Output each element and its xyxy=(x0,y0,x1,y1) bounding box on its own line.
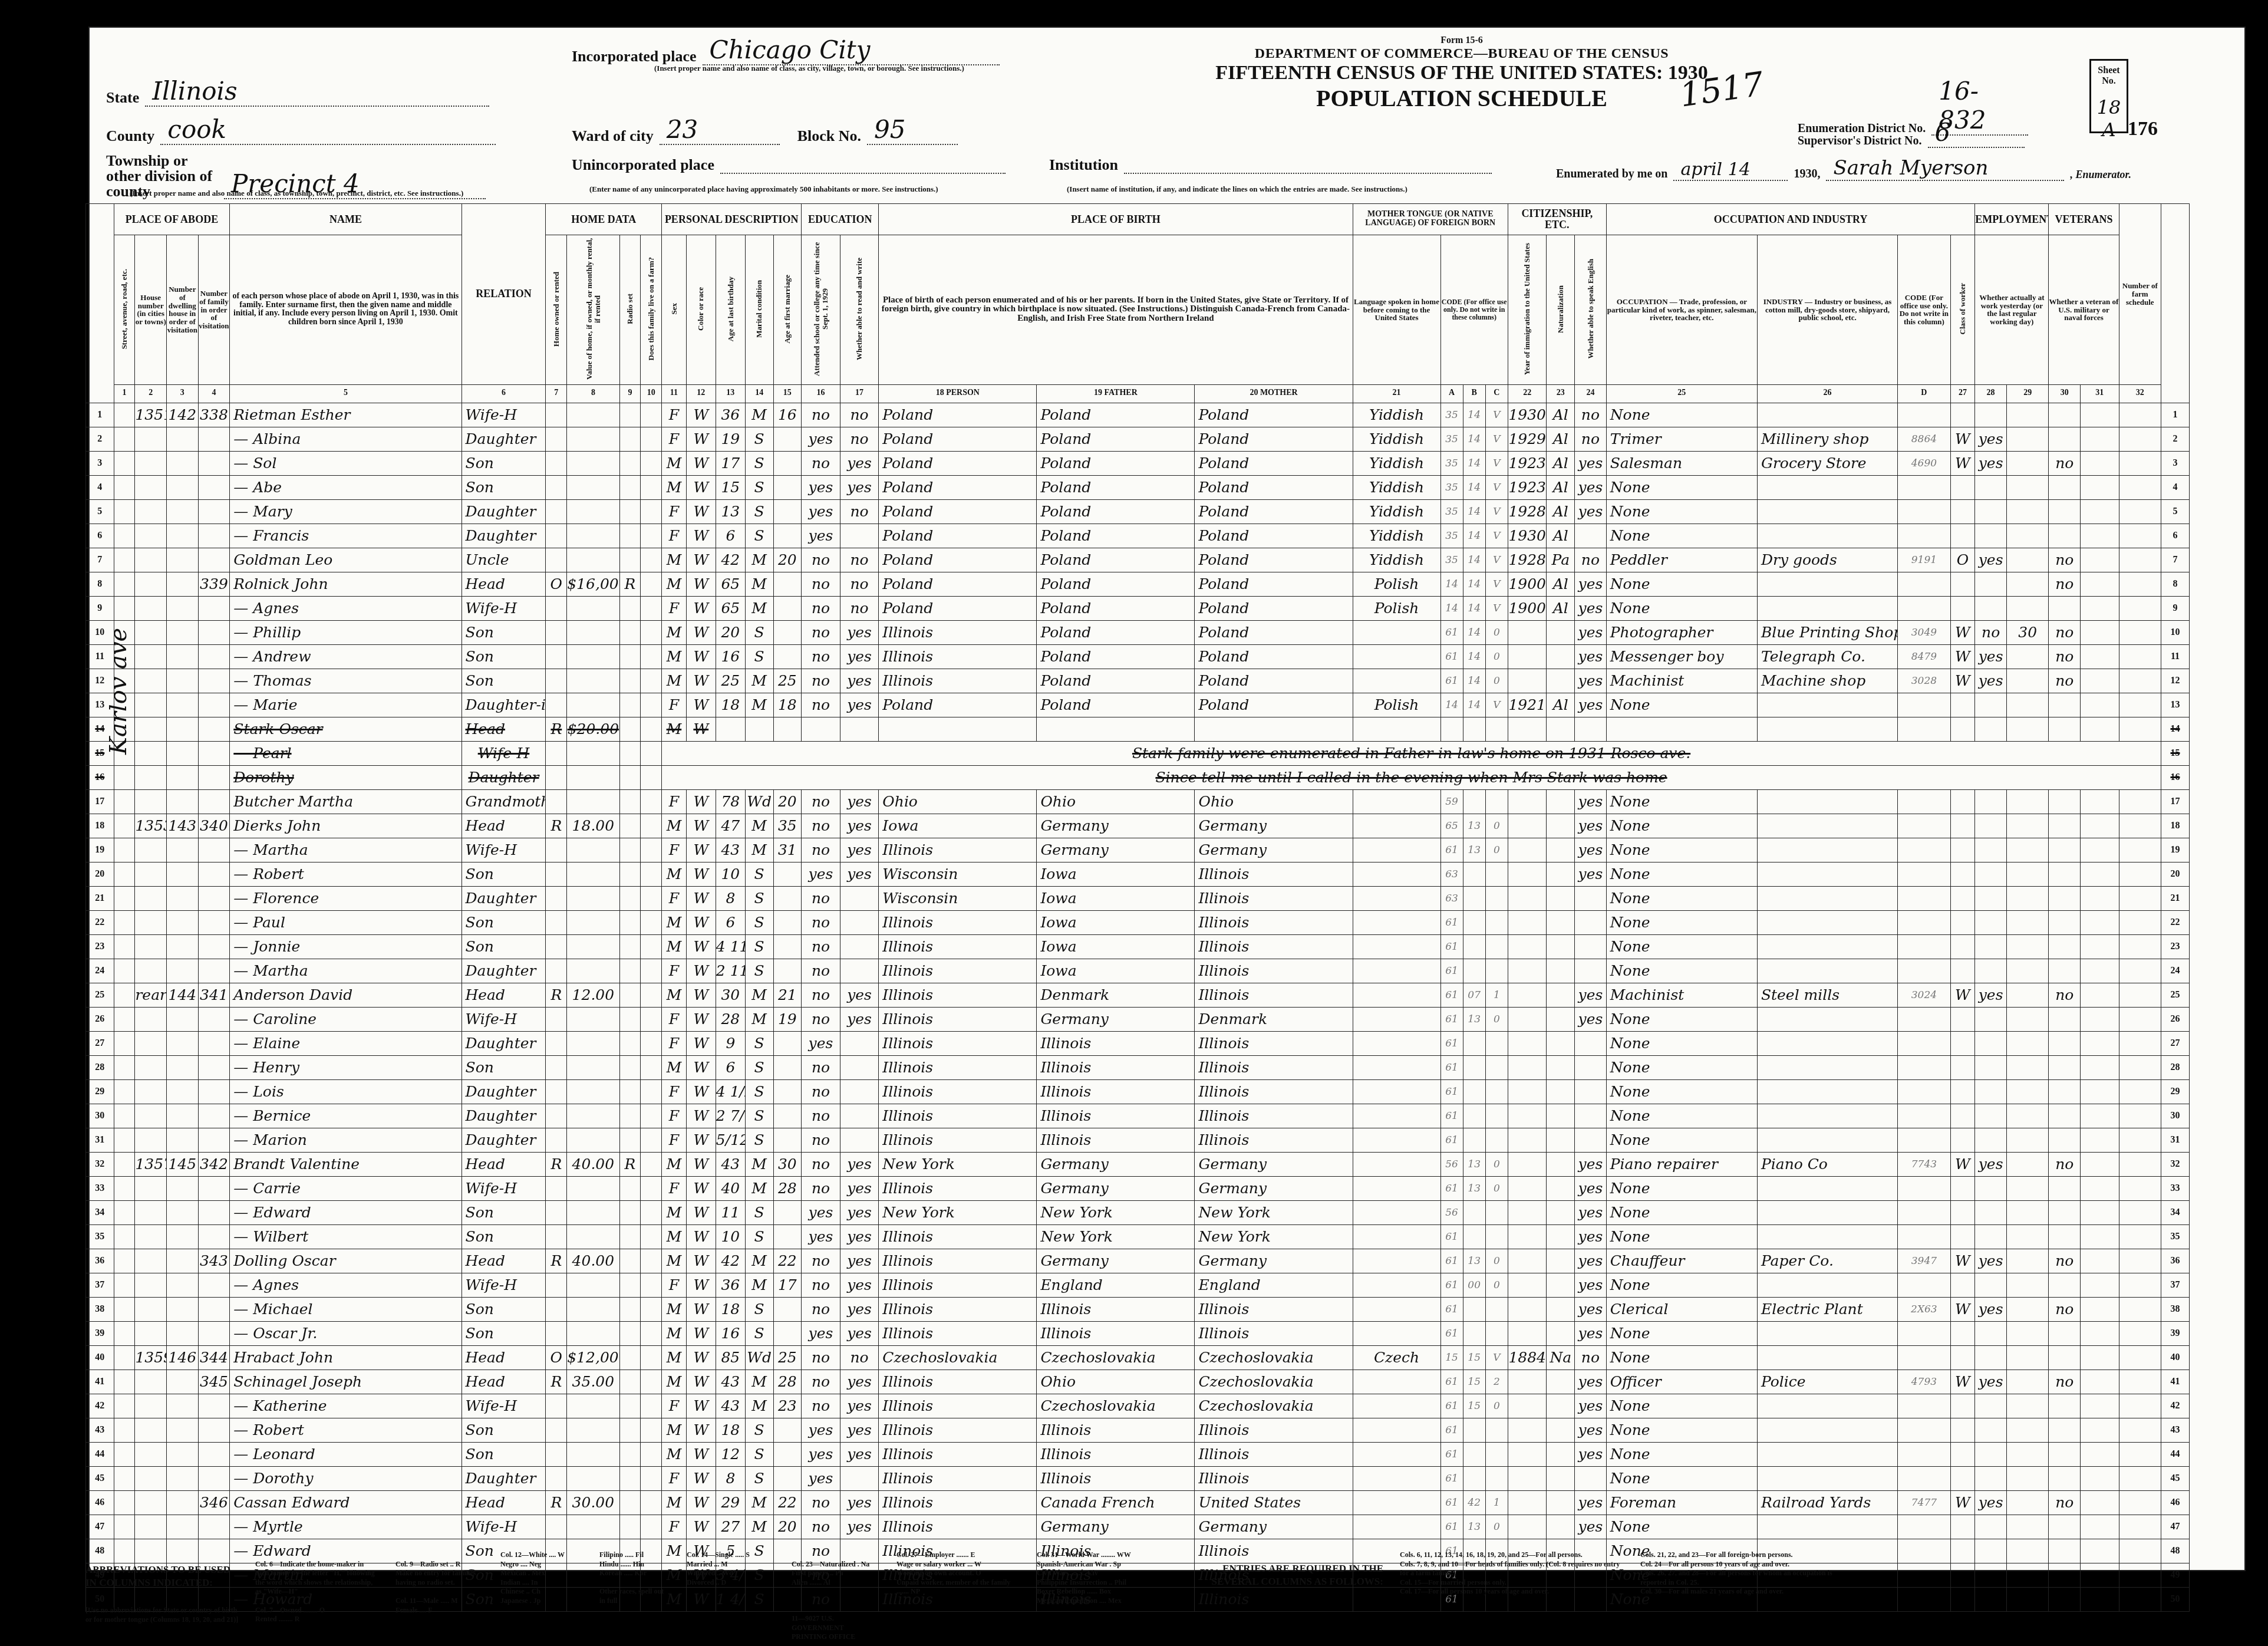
cell-father: Poland xyxy=(1037,620,1195,644)
cell-value xyxy=(567,1442,619,1466)
cell-radio xyxy=(619,741,641,765)
cell-codeA: 35 xyxy=(1440,524,1463,548)
cell-farm-sched xyxy=(2119,1442,2161,1466)
cell-english: yes xyxy=(1575,1442,1607,1466)
cell-natur xyxy=(1547,862,1575,886)
cell-immig: 1928 xyxy=(1508,499,1547,524)
cell-family xyxy=(198,959,230,983)
cell-codeC: 0 xyxy=(1485,1007,1508,1031)
cell-english: yes xyxy=(1575,1200,1607,1224)
cell-codeC: 0 xyxy=(1485,1249,1508,1273)
cell-farm xyxy=(641,1031,662,1055)
cell-codeB: 14 xyxy=(1463,451,1485,475)
cell-class xyxy=(1950,403,1975,427)
cell-english: yes xyxy=(1575,1370,1607,1394)
cell-farm xyxy=(641,1104,662,1128)
cell-class xyxy=(1950,886,1975,910)
cell-read: yes xyxy=(840,1249,879,1273)
cell-occupation: None xyxy=(1606,1055,1757,1079)
cell-war xyxy=(2081,910,2119,934)
cell-street xyxy=(114,499,135,524)
cell-value xyxy=(567,620,619,644)
cell-codeB: 00 xyxy=(1463,1273,1485,1297)
cell-sex: F xyxy=(662,838,687,862)
cell-house: 1359 xyxy=(135,1345,167,1370)
cell-owned xyxy=(546,1031,567,1055)
cell-mother: England xyxy=(1195,1273,1353,1297)
cell-age: 9 xyxy=(716,1031,745,1055)
cell-language xyxy=(1353,1055,1440,1079)
cell-relation: Daughter xyxy=(461,1031,546,1055)
cell-relation: Head xyxy=(461,1490,546,1515)
cell-dwelling xyxy=(167,1321,199,1345)
cell-farm-sched xyxy=(2119,862,2161,886)
cell-father: Poland xyxy=(1037,475,1195,499)
cell-farm xyxy=(641,403,662,427)
cell-language xyxy=(1353,1370,1440,1394)
cell-relation: Head xyxy=(461,983,546,1007)
cell-school: no xyxy=(802,1370,840,1394)
cell-radio xyxy=(619,1490,641,1515)
line-number: 38 xyxy=(86,1297,114,1321)
cell-age-marr xyxy=(773,934,802,959)
line-number: 20 xyxy=(86,862,114,886)
cell-work xyxy=(1975,1273,2007,1297)
cell-industry: Dry goods xyxy=(1757,548,1897,572)
township-field: Township or other division of county Pre… xyxy=(106,153,486,199)
cell-house xyxy=(135,886,167,910)
cell-english: yes xyxy=(1575,1224,1607,1249)
cell-read: yes xyxy=(840,1370,879,1394)
cell-industry xyxy=(1757,572,1897,596)
cell-birth: Czechoslovakia xyxy=(879,1345,1037,1370)
cell-radio xyxy=(619,1273,641,1297)
cell-age: 42 xyxy=(716,548,745,572)
cell-dwelling xyxy=(167,1128,199,1152)
line-number-right: 9 xyxy=(2161,596,2190,620)
cell-mother: Illinois xyxy=(1195,862,1353,886)
cell-english xyxy=(1575,959,1607,983)
line-number-right: 18 xyxy=(2161,814,2190,838)
cell-father: Iowa xyxy=(1037,886,1195,910)
cell-immig xyxy=(1508,959,1547,983)
cell-mother: New York xyxy=(1195,1224,1353,1249)
cell-immig xyxy=(1508,886,1547,910)
cell-race: W xyxy=(686,1515,716,1539)
cell-farm xyxy=(641,548,662,572)
cell-school: yes xyxy=(802,1200,840,1224)
block-value: 95 xyxy=(867,115,958,145)
cell-unemp xyxy=(2006,934,2048,959)
cell-farm-sched xyxy=(2119,669,2161,693)
cell-marital: M xyxy=(745,1007,773,1031)
cell-name: — Elaine xyxy=(230,1031,461,1055)
cell-house xyxy=(135,1394,167,1418)
line-number-right: 6 xyxy=(2161,524,2190,548)
cell-value xyxy=(567,862,619,886)
cell-father: Illinois xyxy=(1037,1297,1195,1321)
cell-farm xyxy=(641,1466,662,1490)
cell-english: yes xyxy=(1575,1515,1607,1539)
table-row: 46346Cassan EdwardHeadR30.00MW29M22noyes… xyxy=(86,1490,2190,1515)
cell-family xyxy=(198,427,230,451)
cell-farm-sched xyxy=(2119,959,2161,983)
cell-read: yes xyxy=(840,1515,879,1539)
cell-work xyxy=(1975,1442,2007,1466)
cell-codeD: 4690 xyxy=(1898,451,1950,475)
cell-codeA: 61 xyxy=(1440,838,1463,862)
cell-street xyxy=(114,765,135,789)
cell-industry: Railroad Yards xyxy=(1757,1490,1897,1515)
cell-mother: Illinois xyxy=(1195,1321,1353,1345)
cell-family xyxy=(198,499,230,524)
cell-vet xyxy=(2049,596,2081,620)
cell-unemp xyxy=(2006,403,2048,427)
cell-race: W xyxy=(686,475,716,499)
cell-house xyxy=(135,1224,167,1249)
cell-marital: S xyxy=(745,1224,773,1249)
cell-unemp xyxy=(2006,910,2048,934)
cell-father: Canada French xyxy=(1037,1490,1195,1515)
line-number-right: 21 xyxy=(2161,886,2190,910)
cell-language xyxy=(1353,1104,1440,1128)
cell-name: — Henry xyxy=(230,1055,461,1079)
cell-race: W xyxy=(686,1104,716,1128)
cell-sex: F xyxy=(662,427,687,451)
cell-farm xyxy=(641,524,662,548)
cell-house xyxy=(135,451,167,475)
cell-house xyxy=(135,669,167,693)
cell-sex: F xyxy=(662,789,687,814)
cell-vet xyxy=(2049,1007,2081,1031)
cell-codeC: 0 xyxy=(1485,1515,1508,1539)
cell-street xyxy=(114,1273,135,1297)
cell-codeA: 61 xyxy=(1440,1031,1463,1055)
cell-dwelling xyxy=(167,934,199,959)
cell-name: — Agnes xyxy=(230,1273,461,1297)
cell-industry xyxy=(1757,475,1897,499)
cell-birth: Illinois xyxy=(879,1031,1037,1055)
cell-family xyxy=(198,1104,230,1128)
table-row: 22— PaulSonMW6SnoIllinoisIowaIllinois61N… xyxy=(86,910,2190,934)
cell-unemp xyxy=(2006,572,2048,596)
cell-immig xyxy=(1508,983,1547,1007)
cell-age: 18 xyxy=(716,1297,745,1321)
cell-codeD xyxy=(1898,1104,1950,1128)
cell-immig: 1921 xyxy=(1508,693,1547,717)
line-number: 24 xyxy=(86,959,114,983)
cell-school: no xyxy=(802,934,840,959)
cell-class xyxy=(1950,862,1975,886)
cell-race: W xyxy=(686,693,716,717)
cell-english: yes xyxy=(1575,1394,1607,1418)
cell-farm xyxy=(641,886,662,910)
cell-school: yes xyxy=(802,1031,840,1055)
cell-class xyxy=(1950,1418,1975,1442)
cell-age-marr xyxy=(773,475,802,499)
cell-street xyxy=(114,959,135,983)
line-number-right: 19 xyxy=(2161,838,2190,862)
cell-read: yes xyxy=(840,1007,879,1031)
cell-war xyxy=(2081,983,2119,1007)
cell-street xyxy=(114,1031,135,1055)
cell-birth: Illinois xyxy=(879,1442,1037,1466)
cell-mother: Poland xyxy=(1195,499,1353,524)
cell-industry: Paper Co. xyxy=(1757,1249,1897,1273)
cell-family xyxy=(198,1224,230,1249)
cell-owned xyxy=(546,1128,567,1152)
cell-codeA: 61 xyxy=(1440,1007,1463,1031)
cell-language xyxy=(1353,1442,1440,1466)
cell-house xyxy=(135,1515,167,1539)
cell-class: W xyxy=(1950,1249,1975,1273)
cell-unemp xyxy=(2006,1345,2048,1370)
cell-dwelling xyxy=(167,910,199,934)
cell-owned xyxy=(546,886,567,910)
state-field: State Illinois xyxy=(106,77,489,107)
cell-codeD: 3049 xyxy=(1898,620,1950,644)
cell-codeB: 14 xyxy=(1463,693,1485,717)
cell-natur xyxy=(1547,1394,1575,1418)
cell-class xyxy=(1950,499,1975,524)
cell-codeC: 2 xyxy=(1485,1370,1508,1394)
ward-value: 23 xyxy=(660,115,780,145)
cell-relation: Head xyxy=(461,572,546,596)
cell-natur xyxy=(1547,959,1575,983)
cell-sex: M xyxy=(662,669,687,693)
cell-language xyxy=(1353,814,1440,838)
line-number-right: 14 xyxy=(2161,717,2190,741)
cell-marital: S xyxy=(745,620,773,644)
cell-family xyxy=(198,1176,230,1200)
cell-family xyxy=(198,910,230,934)
enumerated-field: Enumerated by me on april 14 1930, Sarah… xyxy=(1556,156,2131,181)
cell-language xyxy=(1353,983,1440,1007)
cell-relation: Daughter xyxy=(461,765,546,789)
cell-codeD xyxy=(1898,910,1950,934)
cell-owned: R xyxy=(546,1249,567,1273)
cell-codeB xyxy=(1463,1297,1485,1321)
cell-war xyxy=(2081,1007,2119,1031)
cell-family: 339 xyxy=(198,572,230,596)
cell-father: Illinois xyxy=(1037,1079,1195,1104)
cell-street xyxy=(114,427,135,451)
cell-occupation: None xyxy=(1606,1104,1757,1128)
table-row: 31— MarionDaughterFW5/12SnoIllinoisIllin… xyxy=(86,1128,2190,1152)
cell-father: Iowa xyxy=(1037,862,1195,886)
cell-industry xyxy=(1757,693,1897,717)
cell-street xyxy=(114,1176,135,1200)
table-row: 29— LoisDaughterFW4 1/2SnoIllinoisIllino… xyxy=(86,1079,2190,1104)
cell-codeD: 7743 xyxy=(1898,1152,1950,1176)
cell-english: yes xyxy=(1575,596,1607,620)
cell-codeC xyxy=(1485,1224,1508,1249)
cell-mother xyxy=(1195,717,1353,741)
cell-mother: United States xyxy=(1195,1490,1353,1515)
cell-codeC xyxy=(1485,910,1508,934)
cell-class: W xyxy=(1950,620,1975,644)
cell-codeC xyxy=(1485,862,1508,886)
cell-name: — Robert xyxy=(230,862,461,886)
cell-occupation: Piano repairer xyxy=(1606,1152,1757,1176)
cell-race: W xyxy=(686,403,716,427)
cell-work xyxy=(1975,1200,2007,1224)
cell-name: — Abe xyxy=(230,475,461,499)
cell-immig xyxy=(1508,814,1547,838)
cell-family: 341 xyxy=(198,983,230,1007)
cell-dwelling xyxy=(167,669,199,693)
cell-father: Czechoslovakia xyxy=(1037,1345,1195,1370)
cell-vet xyxy=(2049,1200,2081,1224)
cell-work: yes xyxy=(1975,1370,2007,1394)
cell-dwelling xyxy=(167,886,199,910)
line-number-right: 29 xyxy=(2161,1079,2190,1104)
cell-dwelling xyxy=(167,596,199,620)
cell-age-marr xyxy=(773,451,802,475)
cell-codeC: 0 xyxy=(1485,838,1508,862)
cell-house xyxy=(135,499,167,524)
cell-codeC xyxy=(1485,717,1508,741)
cell-natur xyxy=(1547,934,1575,959)
cell-radio xyxy=(619,789,641,814)
cell-occupation: None xyxy=(1606,475,1757,499)
cell-occupation: Machinist xyxy=(1606,669,1757,693)
cell-codeB: 13 xyxy=(1463,1515,1485,1539)
cell-dwelling xyxy=(167,475,199,499)
cell-radio xyxy=(619,403,641,427)
cell-race: W xyxy=(686,1345,716,1370)
cell-farm xyxy=(641,475,662,499)
cell-owned xyxy=(546,548,567,572)
cell-race: W xyxy=(686,548,716,572)
cell-read: yes xyxy=(840,1490,879,1515)
cell-father: Germany xyxy=(1037,838,1195,862)
cell-house xyxy=(135,1249,167,1273)
cell-industry xyxy=(1757,524,1897,548)
cell-codeC: 0 xyxy=(1485,1273,1508,1297)
cell-natur xyxy=(1547,910,1575,934)
cell-school: no xyxy=(802,1297,840,1321)
line-number-right: 42 xyxy=(2161,1394,2190,1418)
cell-school: no xyxy=(802,1490,840,1515)
cell-age-marr xyxy=(773,644,802,669)
cell-relation: Wife-H xyxy=(461,1273,546,1297)
cell-sex: M xyxy=(662,1297,687,1321)
cell-natur xyxy=(1547,1297,1575,1321)
cell-father: Illinois xyxy=(1037,1321,1195,1345)
cell-codeA: 35 xyxy=(1440,451,1463,475)
cell-work xyxy=(1975,789,2007,814)
cell-codeD xyxy=(1898,814,1950,838)
cell-codeB: 13 xyxy=(1463,814,1485,838)
cell-dwelling xyxy=(167,1031,199,1055)
cell-farm xyxy=(641,1273,662,1297)
cell-value: 40.00 xyxy=(567,1249,619,1273)
cell-codeD: 4793 xyxy=(1898,1370,1950,1394)
cell-codeA: 56 xyxy=(1440,1152,1463,1176)
cell-industry: Steel mills xyxy=(1757,983,1897,1007)
cell-vet: no xyxy=(2049,983,2081,1007)
cell-age-marr: 25 xyxy=(773,669,802,693)
cell-farm-sched xyxy=(2119,451,2161,475)
cell-class xyxy=(1950,1321,1975,1345)
cell-street xyxy=(114,1128,135,1152)
cell-mother: Poland xyxy=(1195,451,1353,475)
cell-birth: Illinois xyxy=(879,1466,1037,1490)
cell-house xyxy=(135,1297,167,1321)
cell-work xyxy=(1975,1104,2007,1128)
cell-war xyxy=(2081,1055,2119,1079)
cell-school: no xyxy=(802,838,840,862)
cell-work xyxy=(1975,403,2007,427)
cell-codeD xyxy=(1898,1007,1950,1031)
cell-dwelling xyxy=(167,644,199,669)
cell-father: Illinois xyxy=(1037,1442,1195,1466)
cell-age-marr xyxy=(773,596,802,620)
cell-vet: no xyxy=(2049,620,2081,644)
cell-mother: Poland xyxy=(1195,427,1353,451)
cell-industry xyxy=(1757,1200,1897,1224)
cell-marital: S xyxy=(745,1200,773,1224)
cell-war xyxy=(2081,1442,2119,1466)
table-row: 26— CarolineWife-HFW28M19noyesIllinoisGe… xyxy=(86,1007,2190,1031)
cell-english xyxy=(1575,1079,1607,1104)
cell-owned xyxy=(546,1418,567,1442)
cell-immig xyxy=(1508,1031,1547,1055)
cell-industry xyxy=(1757,1273,1897,1297)
cell-race: W xyxy=(686,934,716,959)
cell-work xyxy=(1975,1466,2007,1490)
cell-read: yes xyxy=(840,862,879,886)
line-number-right: 40 xyxy=(2161,1345,2190,1370)
line-number-right: 35 xyxy=(2161,1224,2190,1249)
cell-vet xyxy=(2049,1176,2081,1200)
cell-immig xyxy=(1508,1297,1547,1321)
cell-farm-sched xyxy=(2119,1104,2161,1128)
cell-read: yes xyxy=(840,1176,879,1200)
cell-natur: Al xyxy=(1547,572,1575,596)
cell-radio xyxy=(619,1515,641,1539)
cell-occupation: None xyxy=(1606,1128,1757,1152)
cell-codeA xyxy=(1440,717,1463,741)
line-number: 39 xyxy=(86,1321,114,1345)
cell-codeD xyxy=(1898,572,1950,596)
cell-father: Illinois xyxy=(1037,1466,1195,1490)
cell-sex: F xyxy=(662,1007,687,1031)
cell-codeA: 61 xyxy=(1440,644,1463,669)
cell-value: 12.00 xyxy=(567,983,619,1007)
cell-relation: Wife-H xyxy=(461,741,546,765)
cell-dwelling xyxy=(167,1007,199,1031)
cell-codeC: V xyxy=(1485,475,1508,499)
cell-unemp xyxy=(2006,596,2048,620)
cell-farm xyxy=(641,1079,662,1104)
cell-value xyxy=(567,789,619,814)
cell-codeB: 13 xyxy=(1463,1007,1485,1031)
cell-marital: M xyxy=(745,403,773,427)
cell-radio xyxy=(619,814,641,838)
cell-natur: Na xyxy=(1547,1345,1575,1370)
cell-race: W xyxy=(686,620,716,644)
cell-relation: Daughter xyxy=(461,427,546,451)
cell-class: W xyxy=(1950,1152,1975,1176)
cell-birth: Poland xyxy=(879,572,1037,596)
cell-farm-sched xyxy=(2119,1249,2161,1273)
cell-sex: F xyxy=(662,1128,687,1152)
cell-occupation: None xyxy=(1606,789,1757,814)
cell-radio xyxy=(619,1079,641,1104)
cell-dwelling xyxy=(167,693,199,717)
